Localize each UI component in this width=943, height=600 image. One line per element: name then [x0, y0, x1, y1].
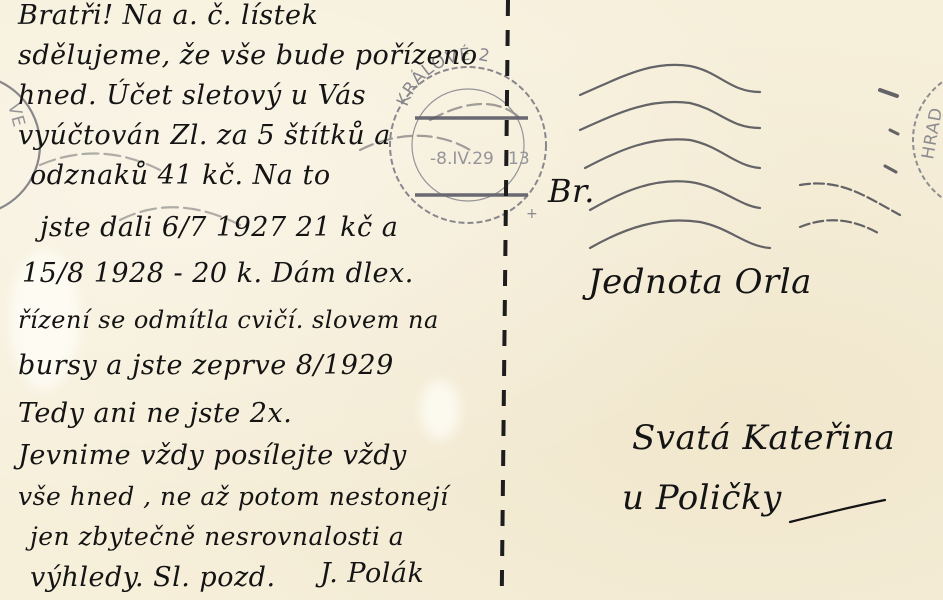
address-underline-flourish — [0, 0, 943, 600]
postcard: KRÁLOVÉ 2 -8.IV.29 13 + HRAD VE Bratři! … — [0, 0, 943, 600]
